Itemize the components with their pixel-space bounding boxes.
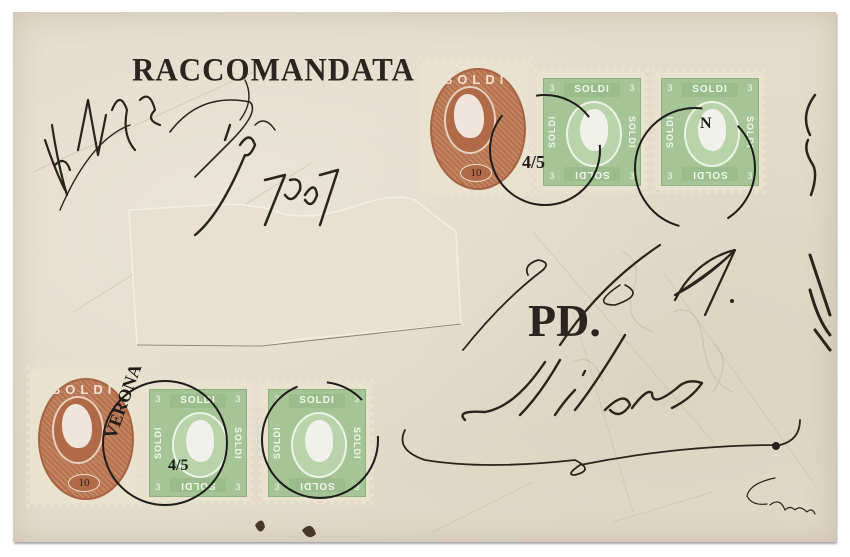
stamp-lettering: SOLDI — [682, 83, 738, 97]
stamp-lettering: SOLDI — [422, 72, 530, 87]
raccomandata-handstamp: RACCOMANDATA — [132, 51, 415, 89]
emperor-profile-icon — [186, 420, 214, 462]
stamp-10-soldi-bottom: SOLDI 10 — [30, 370, 138, 504]
emperor-profile-icon — [454, 94, 484, 138]
stamp-lettering: SOLDI — [564, 83, 620, 97]
emperor-profile-icon — [305, 420, 333, 462]
stamp-denomination: 10 — [68, 474, 100, 492]
stamp-lettering: SOLDI — [170, 394, 226, 408]
stamp-3-soldi-top-2: 3 3 3 3 SOLDI SOLDI SOLDI SOLDI — [655, 72, 763, 190]
stamp-10-soldi-top: SOLDI 10 — [422, 60, 530, 194]
stamp-3-soldi-top-1: 3 3 3 3 SOLDI SOLDI SOLDI SOLDI — [537, 72, 645, 190]
stamp-lettering: SOLDI — [30, 382, 138, 397]
stamp-denomination: 10 — [460, 164, 492, 182]
emperor-profile-icon — [580, 109, 608, 151]
emperor-profile-icon — [62, 404, 92, 448]
stamp-3-soldi-bottom-1: 3 3 3 3 SOLDI SOLDI SOLDI SOLDI — [143, 383, 251, 501]
emperor-profile-icon — [698, 109, 726, 151]
stamp-lettering: SOLDI — [289, 394, 345, 408]
stamp-3-soldi-bottom-2: 3 3 3 3 SOLDI SOLDI SOLDI SOLDI — [262, 383, 370, 501]
